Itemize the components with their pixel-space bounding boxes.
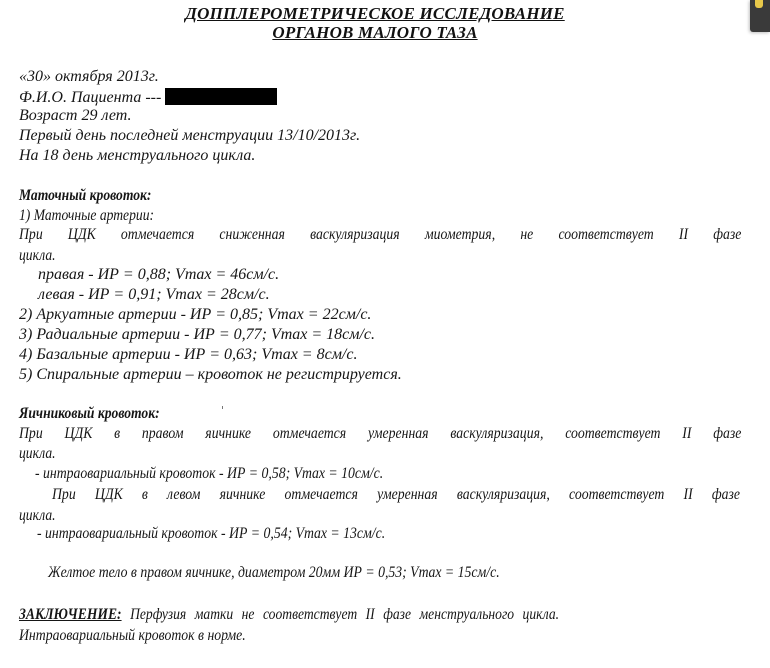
last-period-date: Первый день последней менструации 13/10/… xyxy=(19,127,360,145)
medical-report-document: ДОППЛЕРОМЕТРИЧЕСКОЕ ИССЛЕДОВАНИЕ ОРГАНОВ… xyxy=(0,0,770,668)
conclusion-label: ЗАКЛЮЧЕНИЕ: xyxy=(19,606,122,623)
uterine-right-artery: правая - ИР = 0,88; Vmax = 46см/с. xyxy=(38,266,279,284)
uterine-cdk-text-cont: цикла. xyxy=(19,247,56,265)
left-ovary-text: При ЦДК в левом яичнике отмечается умере… xyxy=(52,486,770,504)
scan-artifact xyxy=(222,406,223,409)
right-ovary-text-cont: цикла. xyxy=(19,445,56,463)
uterine-heading: Маточный кровоток: xyxy=(19,187,151,205)
conclusion-text-2: Интраовариальный кровоток в норме. xyxy=(19,627,246,645)
patient-age: Возраст 29 лет. xyxy=(19,107,131,125)
conclusion-row: ЗАКЛЮЧЕНИЕ: Перфузия матки не соответств… xyxy=(19,606,742,624)
right-ovary-flow: - интраовариальный кровоток - ИР = 0,58;… xyxy=(35,465,383,483)
left-ovary-flow: - интраовариальный кровоток - ИР = 0,54;… xyxy=(37,525,385,543)
viewer-corner-widget[interactable] xyxy=(750,0,770,32)
report-title-line1: ДОППЛЕРОМЕТРИЧЕСКОЕ ИССЛЕДОВАНИЕ xyxy=(0,4,750,24)
uterine-arteries-title: 1) Маточные артерии: xyxy=(19,207,154,225)
right-ovary-text: При ЦДК в правом яичнике отмечается умер… xyxy=(19,425,770,443)
spiral-arteries: 5) Спиральные артерии – кровоток не реги… xyxy=(19,366,402,384)
basal-arteries: 4) Базальные артерии - ИР = 0,63; Vmax =… xyxy=(19,346,357,364)
cycle-day: На 18 день менструального цикла. xyxy=(19,147,255,165)
report-title-line2: ОРГАНОВ МАЛОГО ТАЗА xyxy=(0,23,750,43)
conclusion-text: Перфузия матки не соответствует II фазе … xyxy=(130,606,559,623)
arcuate-arteries: 2) Аркуатные артерии - ИР = 0,85; Vmax =… xyxy=(19,306,371,324)
left-ovary-text-cont: цикла. xyxy=(19,507,56,525)
uterine-cdk-text: При ЦДК отмечается сниженная васкуляриза… xyxy=(19,226,741,244)
corpus-luteum: Желтое тело в правом яичнике, диаметром … xyxy=(48,564,500,582)
report-date: «30» октября 2013г. xyxy=(19,68,159,86)
uterine-left-artery: левая - ИР = 0,91; Vmax = 28см/с. xyxy=(38,286,270,304)
patient-row: Ф.И.О. Пациента --- xyxy=(19,88,277,107)
radial-arteries: 3) Радиальные артерии - ИР = 0,77; Vmax … xyxy=(19,326,375,344)
redacted-patient-name xyxy=(165,88,277,105)
ovarian-heading: Яичниковый кровоток: xyxy=(19,405,160,423)
patient-label: Ф.И.О. Пациента --- xyxy=(19,89,161,106)
